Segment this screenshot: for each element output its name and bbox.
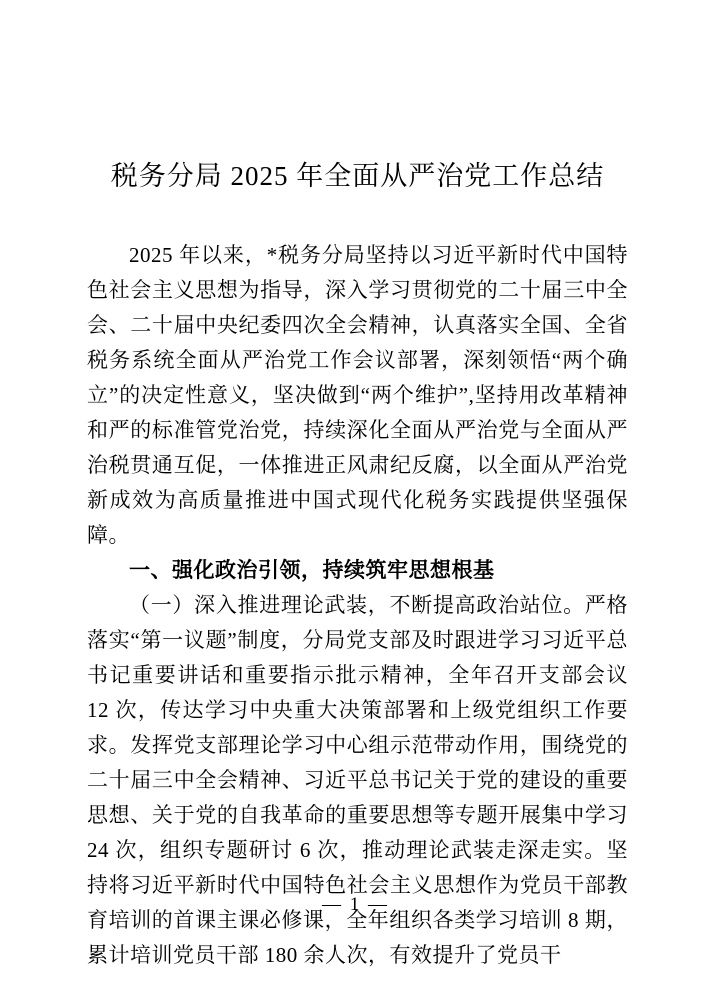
section-heading-1: 一、强化政治引领，持续筑牢思想根基: [87, 553, 628, 588]
document-page: 税务分局 2025 年全面从严治党工作总结 2025 年以来，*税务分局坚持以习…: [0, 0, 711, 1006]
page-number: — 1 —: [0, 894, 711, 916]
document-content: 税务分局 2025 年全面从严治党工作总结 2025 年以来，*税务分局坚持以习…: [0, 0, 711, 973]
paragraph-intro: 2025 年以来，*税务分局坚持以习近平新时代中国特色社会主义思想为指导，深入学…: [87, 238, 628, 553]
document-title: 税务分局 2025 年全面从严治党工作总结: [87, 156, 628, 196]
